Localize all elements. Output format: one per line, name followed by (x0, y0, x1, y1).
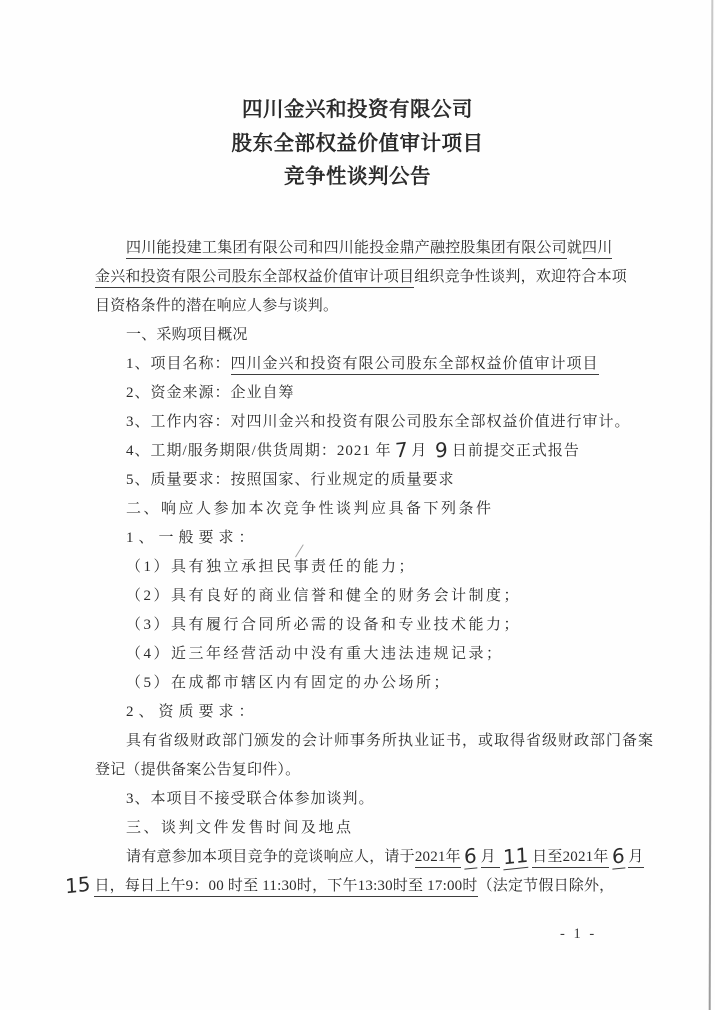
underlined-text: 四川金兴和投资有限公司股东全部权益价值审计项目 (231, 356, 599, 375)
text-segment: （3）具有履行合同所必需的设备和专业技术能力； (126, 617, 521, 633)
text-segment: 3、工作内容：对四川金兴和投资有限公司股东全部权益价值进行审计。 (126, 414, 631, 430)
handwritten-text: 7 (394, 439, 407, 460)
title-line-company: 四川金兴和投资有限公司 (0, 94, 715, 128)
section1-heading: 一、采购项目概况 (95, 321, 645, 350)
underlined-text: 月 (628, 849, 643, 868)
qualification-heading: 2、资质要求： (95, 698, 645, 727)
sale-time-line-1: 请有意参加本项目竞争的竞谈响应人，请于2021年6月 11日至2021年6月 (95, 843, 645, 872)
sale-time-line-2: 15日，每日上午9：00 时至 11:30时，下午13:30时至 17:00时（… (62, 872, 645, 901)
text-segment: 具有省级财政部门颁发的会计师事务所执业证书，或取得省级财政部门备案 (126, 733, 654, 749)
intro-line-3: 目资格条件的潜在响应人参与谈判。 (95, 292, 645, 321)
section3-heading: 三、谈判文件发售时间及地点 (95, 814, 645, 843)
title-line-announcement: 竞争性谈判公告 (0, 161, 715, 195)
title-line-project: 股东全部权益价值审计项目 (0, 128, 715, 162)
handwritten-text: 9 (435, 439, 448, 460)
item-quality: 5、质量要求：按照国家、行业规定的质量要求 (95, 466, 645, 495)
text-segment: 一、采购项目概况 (126, 327, 248, 343)
text-segment: （5）在成都市辖区内有固定的办公场所； (126, 675, 451, 691)
requirement-4: （4）近三年经营活动中没有重大违法违规记录； (95, 640, 645, 669)
item-project-name: 1、项目名称：四川金兴和投资有限公司股东全部权益价值审计项目 (95, 350, 645, 379)
text-segment: 1、一般要求： (126, 530, 259, 546)
underlined-text: 日至2021年 (532, 849, 608, 868)
text-segment: 三、谈判文件发售时间及地点 (126, 820, 354, 836)
text-segment: 日前提交正式报告 (452, 443, 580, 459)
underlined-text: 四川能投建工集团有限公司和四川能投金鼎产融控股集团有限公司 (126, 240, 567, 259)
text-segment: （4）近三年经营活动中没有重大违法违规记录； (126, 646, 504, 662)
text-segment: 组织竞争性谈判，欢迎符合本项 (414, 269, 627, 285)
text-segment: 5、质量要求：按照国家、行业规定的质量要求 (126, 472, 455, 488)
requirement-5: （5）在成都市辖区内有固定的办公场所； (95, 669, 645, 698)
text-segment: 3、本项目不接受联合体参加谈判。 (126, 791, 375, 807)
handwritten-text: 6 (463, 845, 476, 869)
text-segment: 二、响应人参加本次竞争性谈判应具备下列条件 (126, 501, 494, 517)
underlined-text: 四川 (582, 240, 612, 259)
requirement-3: （3）具有履行合同所必需的设备和专业技术能力； (95, 611, 645, 640)
page-number: - 1 - (560, 926, 597, 943)
text-segment: 目资格条件的潜在响应人参与谈判。 (95, 298, 338, 314)
underlined-text: 月 (481, 849, 500, 868)
section2-heading: 二、响应人参加本次竞争性谈判应具备下列条件 (95, 495, 645, 524)
text-segment: 请有意参加本项目竞争的竞谈响应人，请于 (126, 849, 415, 865)
underlined-text: 金兴和投资有限公司股东全部权益价值审计项目 (95, 269, 414, 288)
underlined-text: 2021年 (415, 849, 461, 868)
text-segment: （1）具有独立承担民事责任的能力； (126, 559, 416, 575)
item-work-scope: 3、工作内容：对四川金兴和投资有限公司股东全部权益价值进行审计。 (95, 408, 645, 437)
text-segment: 月 (411, 443, 432, 459)
text-segment: 4、工期/服务期限/供货周期：2021 年 (126, 443, 392, 459)
item-schedule: 4、工期/服务期限/供货周期：2021 年7月 9日前提交正式报告 (95, 437, 645, 466)
text-segment: 1、项目名称： (126, 356, 231, 372)
no-consortium-clause: 3、本项目不接受联合体参加谈判。 (95, 785, 645, 814)
document-title: 四川金兴和投资有限公司 股东全部权益价值审计项目 竞争性谈判公告 (0, 94, 715, 195)
text-segment: （法定节假日除外， (478, 878, 615, 894)
requirement-2: （2）具有良好的商业信誉和健全的财务会计制度； (95, 582, 645, 611)
general-requirements-heading: 1、一般要求： (95, 524, 645, 553)
qualification-line-2: 登记（提供备案公告复印件）。 (95, 756, 645, 785)
handwritten-text: 15 (65, 874, 91, 897)
document-page: 四川金兴和投资有限公司 股东全部权益价值审计项目 竞争性谈判公告 四川能投建工集… (0, 0, 715, 1010)
underlined-text: 日，每日上午9：00 时至 11:30时，下午13:30时至 17:00时 (94, 878, 477, 897)
handwritten-text: 6 (611, 845, 624, 869)
intro-line-2: 金兴和投资有限公司股东全部权益价值审计项目组织竞争性谈判，欢迎符合本项 (95, 263, 645, 292)
text-segment: 2、资质要求： (126, 704, 259, 720)
requirement-1: （1）具有独立承担民事责任的能力； (95, 553, 645, 582)
intro-line-1: 四川能投建工集团有限公司和四川能投金鼎产融控股集团有限公司就四川 (95, 234, 645, 263)
item-funding-source: 2、资金来源：企业自筹 (95, 379, 645, 408)
text-segment: （2）具有良好的商业信誉和健全的财务会计制度； (126, 588, 521, 604)
text-segment: 就 (567, 240, 582, 256)
text-segment: 2、资金来源：企业自筹 (126, 385, 295, 401)
text-segment: 登记（提供备案公告复印件）。 (95, 762, 300, 778)
document-body: 四川能投建工集团有限公司和四川能投金鼎产融控股集团有限公司就四川金兴和投资有限公… (95, 234, 645, 901)
qualification-line-1: 具有省级财政部门颁发的会计师事务所执业证书，或取得省级财政部门备案 (95, 727, 645, 756)
handwritten-text: 11 (502, 845, 528, 871)
